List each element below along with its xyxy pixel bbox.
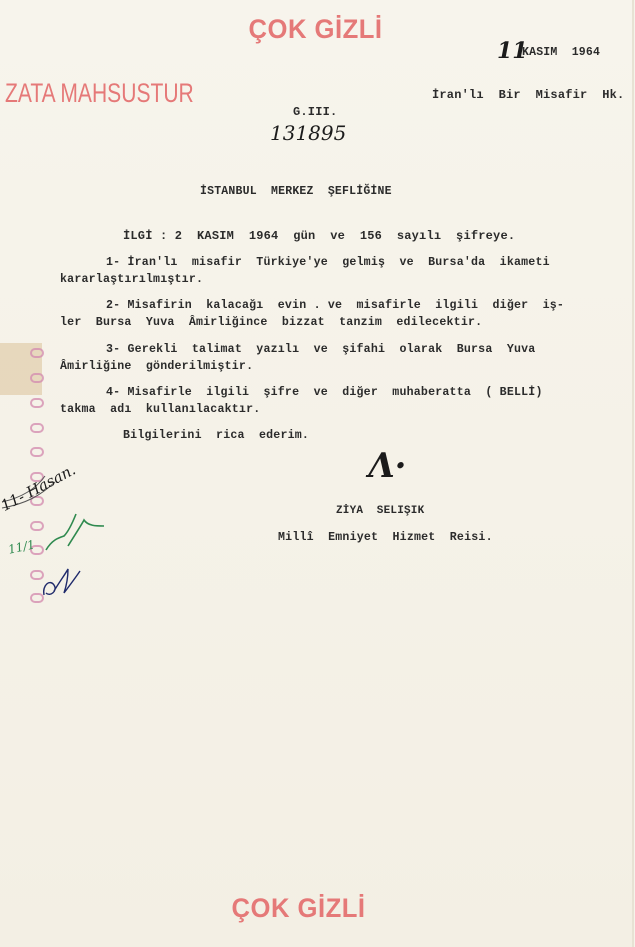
- reference-code: G.III.: [293, 105, 337, 119]
- reference-line: İLGİ : 2 KASIM 1964 gün ve 156 sayılı şi…: [123, 229, 515, 243]
- paragraph-3-line-1: 3- Gerekli talimat yazılı ve şifahi olar…: [106, 343, 535, 356]
- blue-initials: [40, 565, 88, 601]
- paragraph-1-line-2: kararlaştırılmıştır.: [60, 273, 203, 286]
- paragraph-4-line-1: 4- Misafirle ilgili şifre ve diğer muhab…: [106, 386, 543, 399]
- paragraph-4-line-2: takma adı kullanılacaktır.: [60, 403, 260, 416]
- personal-stamp: ZATA MAHSUSTUR: [5, 78, 194, 109]
- hole-punch-mark: [30, 348, 44, 358]
- classification-stamp-bottom: ÇOK GİZLİ: [232, 893, 366, 924]
- hole-punch-mark: [30, 423, 44, 433]
- paragraph-2-line-1: 2- Misafirin kalacağı evin . ve misafirl…: [106, 299, 564, 312]
- paragraph-2-line-2: ler Bursa Yuva Âmirliğince bizzat tanzim…: [60, 316, 482, 329]
- handwritten-document-number: 131895: [270, 121, 346, 145]
- signatory-name: ZİYA SELIŞIK: [336, 505, 424, 517]
- closing-line: Bilgilerini rica ederim.: [123, 429, 309, 442]
- hole-punch-mark: [30, 447, 44, 457]
- date-month-year: KASIM 1964: [522, 46, 600, 59]
- document-page: ÇOK GİZLİ ZATA MAHSUSTUR 11 KASIM 1964 İ…: [0, 0, 634, 947]
- addressee: İSTANBUL MERKEZ ŞEFLİĞİNE: [200, 185, 392, 198]
- green-signature: [38, 510, 108, 560]
- subject-line: İran'lı Bir Misafir Hk.: [432, 88, 624, 102]
- hole-punch-mark: [30, 373, 44, 383]
- classification-stamp-top: ÇOK GİZLİ: [249, 14, 383, 45]
- paragraph-3-line-2: Âmirliğine gönderilmiştir.: [60, 360, 253, 373]
- signature: Λ·: [364, 446, 409, 486]
- hole-punch-mark: [30, 398, 44, 408]
- signatory-title: Millî Emniyet Hizmet Reisi.: [278, 531, 493, 544]
- paragraph-1-line-1: 1- İran'lı misafir Türkiye'ye gelmiş ve …: [106, 256, 550, 269]
